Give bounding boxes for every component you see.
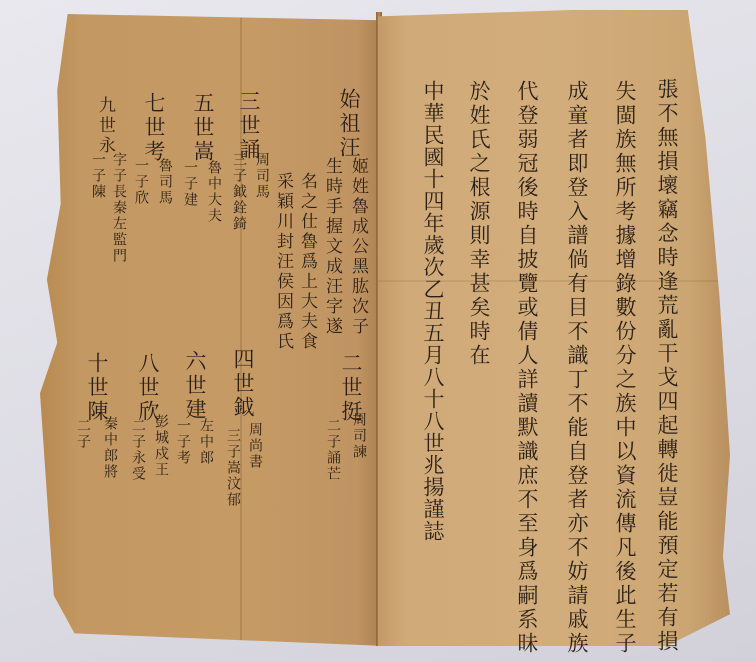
gen-9-note: 字子長秦左監門 <box>112 152 126 264</box>
gen-9-title: 九世永 <box>96 96 113 156</box>
gen-8-sons: 二子永受 <box>131 418 145 482</box>
gen-5-note: 魯中大夫 <box>207 160 221 224</box>
preface-signature-column: 中華民國十四年歲次乙丑五月八十八世兆揚謹誌 <box>422 80 443 542</box>
gen-8-note: 彭城戍王 <box>154 414 168 478</box>
gen-7-title: 七世考 <box>143 92 164 164</box>
gen-10-title: 十世陳 <box>86 352 107 424</box>
gen-6-sons: 一子考 <box>176 418 190 466</box>
progenitor-note-1: 姬姓魯成公黑肱次子 <box>349 157 366 337</box>
gen-3-note: 周司馬 <box>255 152 269 200</box>
preface-column-5: 於姓氏之根源則幸甚矣時在 <box>468 80 489 368</box>
progenitor-note-3: 名之仕魯爲上大夫食 <box>298 172 315 352</box>
preface-column-3: 成童者即登入譜倘有目不識丁不能自登者亦不妨請戚族 <box>566 80 587 656</box>
gen-4-sons: 三子嵩汶郁 <box>226 428 240 508</box>
gen-5-title: 五世嵩 <box>192 92 213 164</box>
preface-column-1: 張不無損壞竊念時逢荒亂干戈四起轉徙豈能預定若有損 <box>656 78 677 654</box>
progenitor-note-2: 生時手握文成汪字遂 <box>323 157 340 337</box>
genealogy-book: 張不無損壞竊念時逢荒亂干戈四起轉徙豈能預定若有損 失閩族無所考據增錄數份分之族中… <box>0 0 756 662</box>
gen-5-sons: 一子建 <box>183 160 197 208</box>
gen-4-note: 周尚書 <box>248 422 262 470</box>
gen-3-sons: 三子鉞銓錡 <box>232 152 246 232</box>
gen-7-sons: 一子欣 <box>134 158 148 206</box>
gen-6-note: 左中郎 <box>199 418 213 466</box>
gen-10-note: 秦中郎將 <box>103 416 117 480</box>
gen-2-sons: 二子誦芒 <box>326 418 340 482</box>
gen-6-title: 六世建 <box>184 350 205 422</box>
gen-10-sons: 二子 <box>76 418 90 450</box>
preface-column-4: 代登弱冠後時自披覽或倩人詳讀默識庶不至身爲嗣系昧 <box>516 80 537 656</box>
gen-9-sons: 一子陳 <box>91 152 105 200</box>
progenitor-title: 始祖汪 <box>338 88 359 160</box>
gen-4-title: 四世鉞 <box>232 348 253 420</box>
preface-column-2: 失閩族無所考據增錄數份分之族中以資流傳凡後此生子 <box>614 80 635 656</box>
gen-2-note: 周司諫 <box>352 412 366 460</box>
gen-7-note: 魯司馬 <box>158 158 172 206</box>
progenitor-note-4: 采穎川封汪侯因爲氏 <box>274 172 291 352</box>
